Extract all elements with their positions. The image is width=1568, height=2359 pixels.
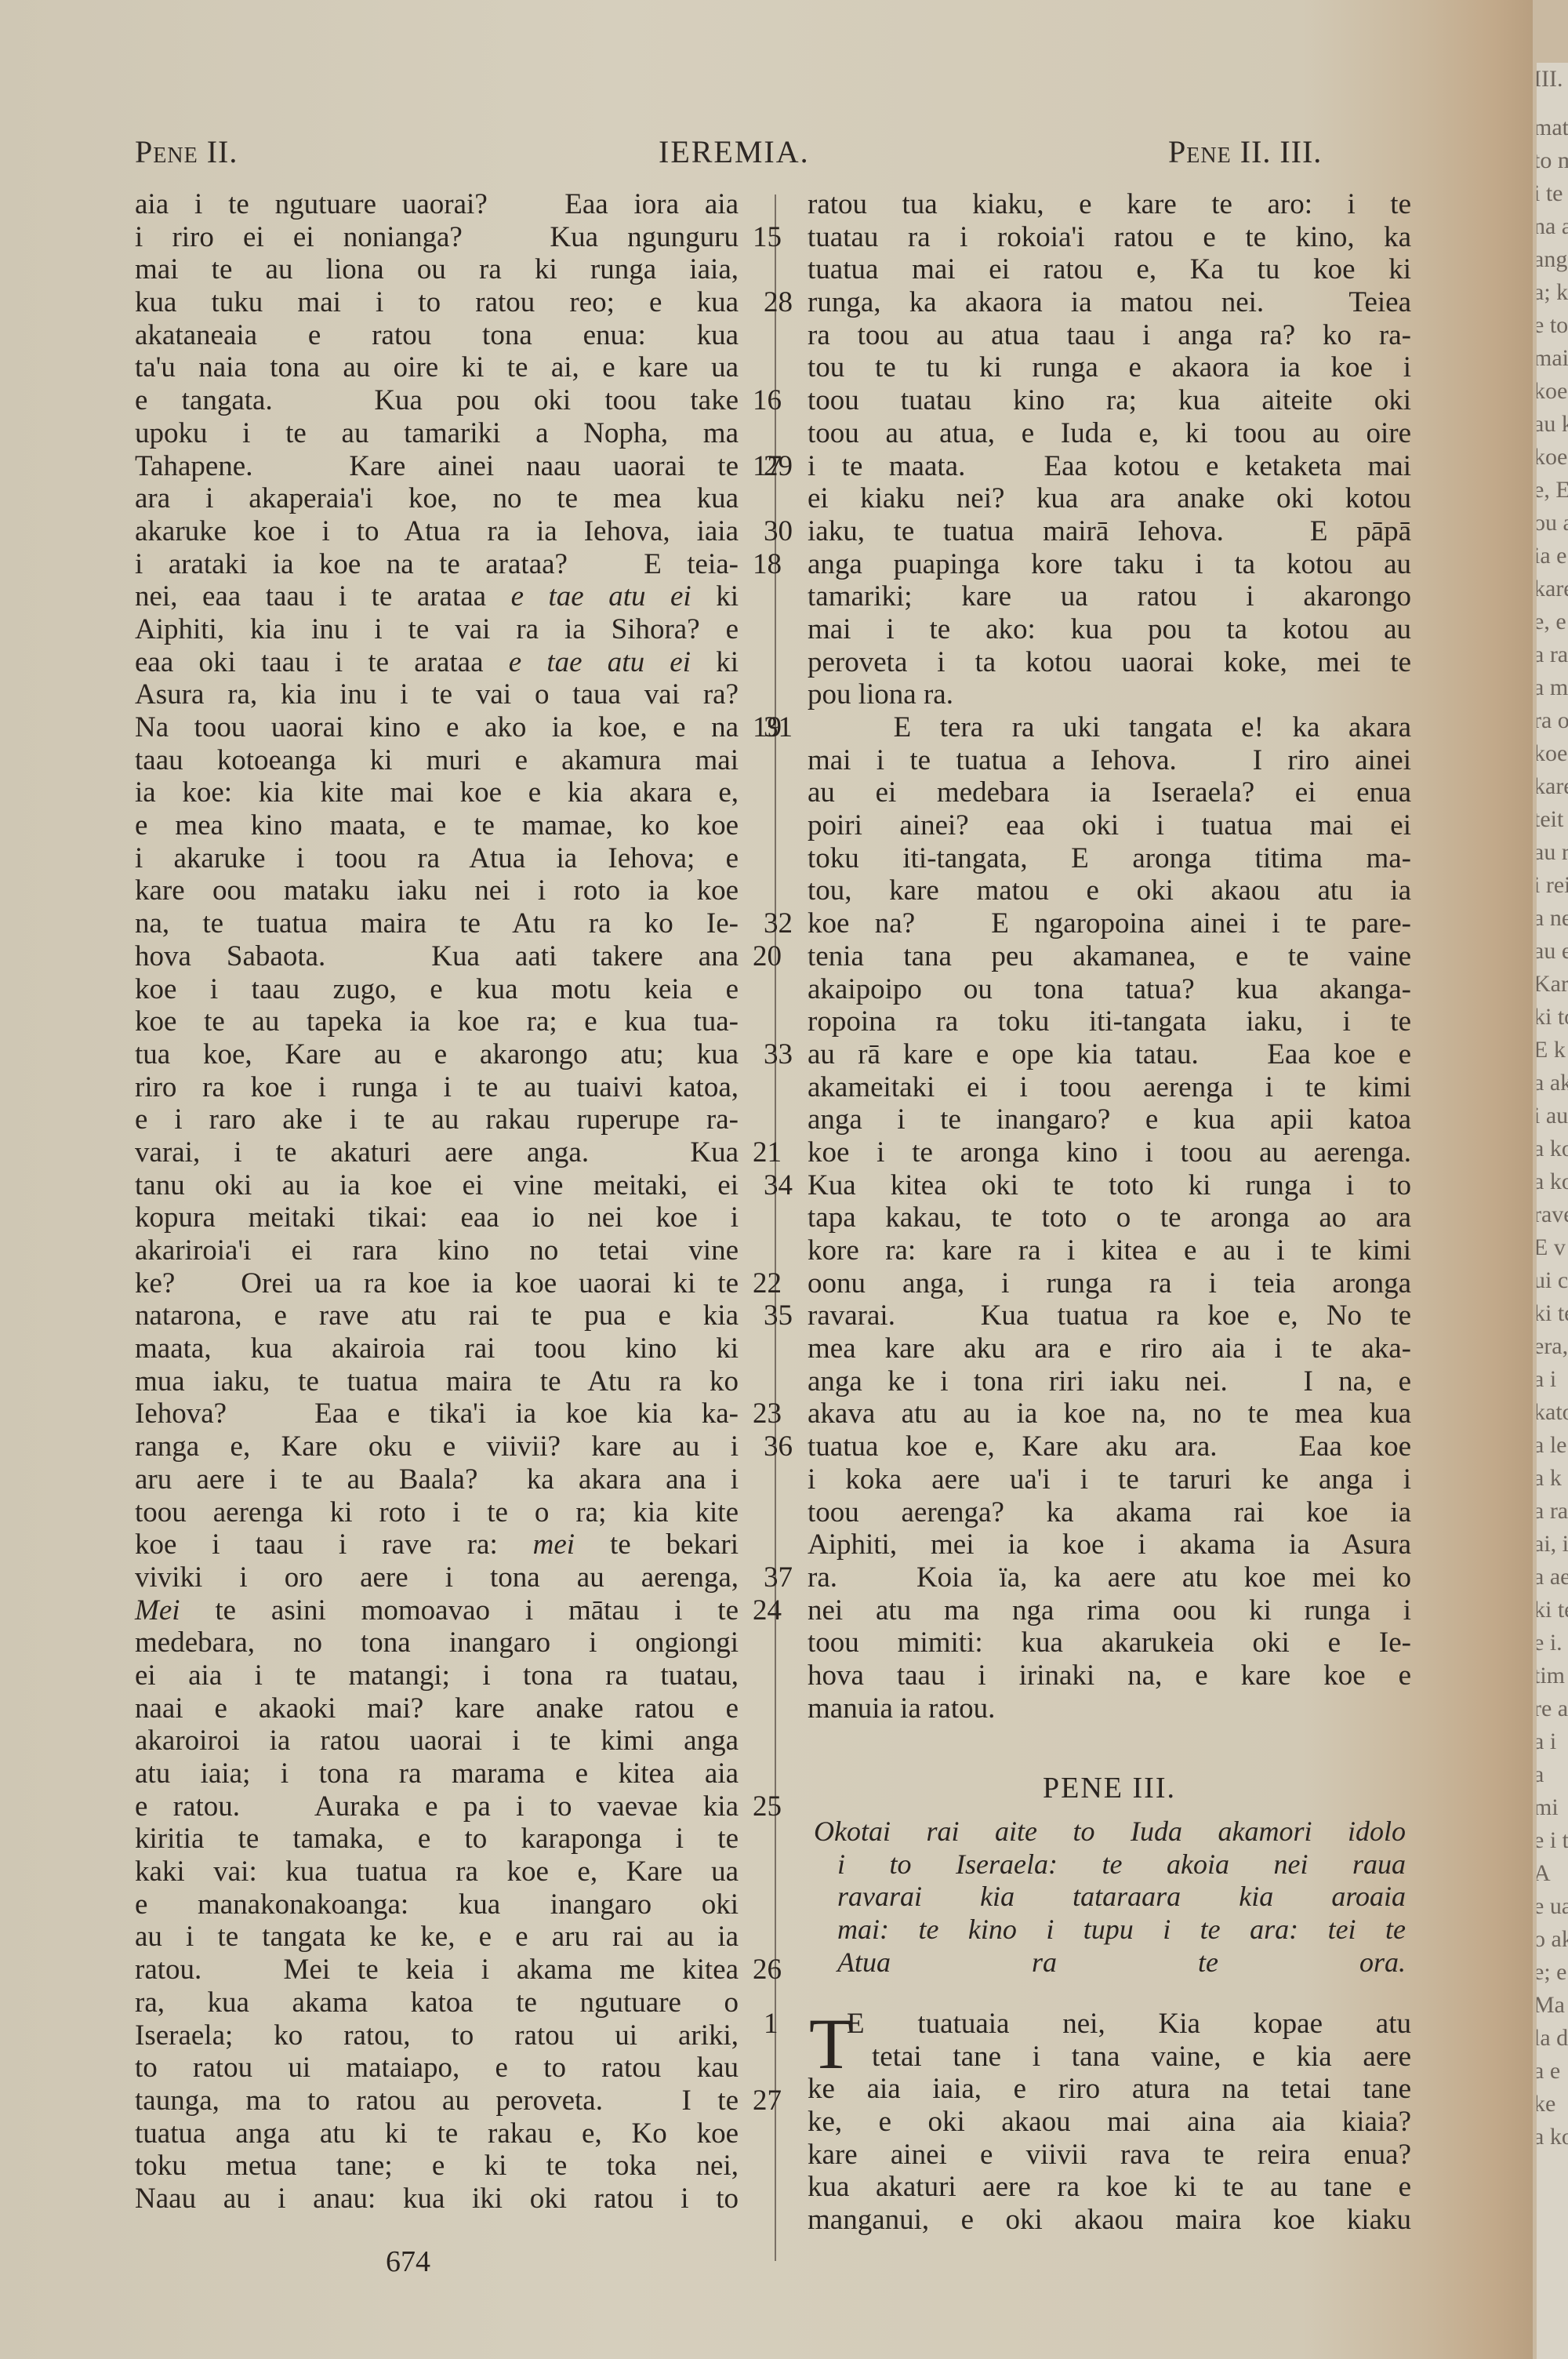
right-text-column: ratou tua kiaku, e kare te aro: i tetuat…: [808, 188, 1411, 1725]
next-page-text-fragment: e i.: [1537, 1627, 1568, 1659]
verse-number: 26: [753, 1954, 782, 1986]
text-line: i te maata. Eaa kotou e ketaketa mai29: [808, 450, 1411, 483]
running-head-right-numeral: II. III.: [1240, 134, 1323, 169]
next-page-running-head: III.: [1537, 63, 1568, 96]
next-page-text-fragment: E v: [1537, 1231, 1568, 1264]
text-line: Tahapene. Kare ainei naau uaorai te17: [135, 450, 739, 483]
text-line: koe i taau i rave ra: mei te bekari: [135, 1528, 739, 1561]
text-line: naai e akaoki mai? kare anake ratou e: [135, 1692, 739, 1725]
line-text: viviki i oro aere i tona au aerenga,: [135, 1561, 739, 1594]
text-line: Asura ra, kia inu i te vai o taua vai ra…: [135, 678, 739, 711]
line-text-post: te asini momoavao i mātau i te: [180, 1594, 739, 1627]
verse-number: 23: [753, 1398, 782, 1430]
text-line: ke aia iaia, e riro atura na tetai tane: [808, 2073, 1411, 2106]
text-line: toou tuatau kino ra; kua aiteite oki: [808, 384, 1411, 417]
line-text: mea kare aku ara e riro aia i te aka-: [808, 1332, 1411, 1365]
line-text-pre: eaa oki taau i te arataa: [135, 646, 509, 678]
line-text: ara i akaperaia'i koe, no te mea kua: [135, 482, 739, 514]
next-page-text-fragment: E k: [1537, 1034, 1568, 1067]
text-line: ravarai. Kua tuatua ra koe e, No te35: [808, 1299, 1411, 1332]
line-text: tamariki; kare ua ratou i akarongo: [808, 580, 1411, 612]
line-text: toku iti-tangata, E aronga titima ma-: [808, 842, 1411, 874]
line-text-post: ki: [691, 580, 739, 612]
line-text: tuatua mai ei ratou e, Ka tu koe ki: [808, 253, 1411, 285]
verse-number: 31: [764, 711, 793, 744]
line-text: tuatua anga atu ki te rakau e, Ko koe: [135, 2117, 739, 2150]
text-line: ia koe: kia kite mai koe e kia akara e,: [135, 776, 739, 809]
text-line: Kua kitea oki te toto ki runga i to34: [808, 1169, 1411, 1202]
text-line: tuatua koe e, Kare aku ara. Eaa koe36: [808, 1430, 1411, 1463]
text-line: koe i te aronga kino i toou au aerenga.: [808, 1136, 1411, 1169]
text-line: riro ra koe i runga i te au tuaivi katoa…: [135, 1071, 739, 1104]
line-text: tanu oki au ia koe ei vine meitaki, ei: [135, 1169, 739, 1201]
next-page-text-fragment: e ua: [1537, 1890, 1568, 1923]
text-line: taau kotoeanga ki muri e akamura mai: [135, 744, 739, 777]
text-line: ke? Orei ua ra koe ia koe uaorai ki te22: [135, 1267, 739, 1300]
column-divider-rule: [775, 194, 776, 2261]
text-line: toku iti-tangata, E aronga titima ma-: [808, 842, 1411, 875]
summary-line: i to Iseraela: te akoia nei raua: [814, 1848, 1406, 1881]
line-text: i te maata. Eaa kotou e ketaketa mai: [808, 450, 1411, 482]
next-page-text-fragment: koe me: [1537, 441, 1568, 474]
line-text: koe te au tapeka ia koe ra; e kua tua-: [135, 1005, 739, 1038]
line-text: E tera ra uki tangata e! ka akara: [808, 711, 1411, 743]
text-line: ara i akaperaia'i koe, no te mea kua: [135, 482, 739, 515]
line-text: taau kotoeanga ki muri e akamura mai: [135, 744, 739, 776]
text-line: mea kare aku ara e riro aia i te aka-: [808, 1332, 1411, 1365]
text-line: poiri ainei? eaa oki i tuatua mai ei: [808, 809, 1411, 842]
next-page-text-fragment: i te ng: [1537, 177, 1568, 210]
line-text: kiritia te tamaka, e to karaponga i te: [135, 1823, 739, 1855]
line-text: Kua kitea oki te toto ki runga i to: [808, 1169, 1411, 1201]
text-line: Na toou uaorai kino e ako ia koe, e na19: [135, 711, 739, 744]
line-text: au ei medebara ia Iseraela? ei enua: [808, 776, 1411, 809]
next-page-text-fragment: ke: [1537, 2088, 1568, 2121]
next-page-text-fragment: e, E ta: [1537, 474, 1568, 507]
line-text: i koka aere ua'i i te taruri ke anga i: [808, 1463, 1411, 1496]
text-line: anga ke i tona riri iaku nei. I na, e: [808, 1365, 1411, 1398]
line-text: varai, i te akaturi aere anga. Kua: [135, 1136, 739, 1169]
line-text: anga puapinga kore taku i ta kotou au: [808, 548, 1411, 580]
next-page-text-fragment: Ma: [1537, 1989, 1568, 2022]
next-page-text-fragment: tim: [1537, 1659, 1568, 1692]
text-line: eaa oki taau i te arataa e tae atu ei ki: [135, 646, 739, 679]
text-line: tua koe, Kare au e akarongo atu; kua: [135, 1038, 739, 1071]
line-text: hova Sabaota. Kua aati takere ana: [135, 940, 739, 972]
text-line: hova Sabaota. Kua aati takere ana20: [135, 940, 739, 973]
text-line: toou aerenga? ka akama rai koe ia: [808, 1496, 1411, 1529]
next-page-text-fragment: au ru: [1537, 836, 1568, 869]
next-page-text-fragment: au e,: [1537, 935, 1568, 968]
text-line: akataneaia e ratou tona enua: kua: [135, 319, 739, 352]
text-line: ta'u naia tona au oire ki te ai, e kare …: [135, 351, 739, 384]
verse-number: 30: [764, 515, 793, 548]
text-line: Aiphiti, kia inu i te vai ra ia Sihora? …: [135, 613, 739, 646]
line-text: koe i taau i rave ra: mei te bekari: [135, 1528, 739, 1561]
verse-number: 29: [764, 450, 793, 483]
line-text: e i raro ake i te au rakau ruperupe ra-: [135, 1103, 739, 1136]
line-text: ratou. Mei te keia i akama me kitea: [135, 1954, 739, 1986]
line-text: upoku i te au tamariki a Nopha, ma: [135, 417, 739, 449]
text-line: Naau au i anau: kua iki oki ratou i to: [135, 2183, 739, 2215]
line-text: aru aere i te au Baala? ka akara ana i: [135, 1463, 739, 1496]
line-text: ra, kua akama katoa te ngutuare o: [135, 1986, 739, 2019]
text-line: koe na? E ngaropoina ainei i te pare-32: [808, 907, 1411, 940]
text-line: akaruke koe i to Atua ra ia Iehova, iaia: [135, 515, 739, 548]
line-text: nei atu ma nga rima oou ki runga i: [808, 1594, 1411, 1627]
line-text: toou tuatau kino ra; kua aiteite oki: [808, 384, 1411, 416]
text-line: i arataki ia koe na te arataa? E teia-18: [135, 548, 739, 581]
line-text: nei, eaa taau i te arataa e tae atu ei k…: [135, 580, 739, 612]
next-page-text-fragment: a e: [1537, 2055, 1568, 2088]
text-line: mai i te ako: kua pou ta kotou au: [808, 613, 1411, 646]
text-line: mua iaku, te tuatua maira te Atu ra ko: [135, 1365, 739, 1398]
running-head-left-numeral: II.: [207, 134, 238, 169]
text-line: E tuatuaia nei, Kia kopae atu: [808, 2008, 1411, 2041]
text-line: i koka aere ua'i i te taruri ke anga i: [808, 1463, 1411, 1496]
text-line: mai i te tuatua a Iehova. I riro ainei: [808, 744, 1411, 777]
text-line: iaku, te tuatua mairā Iehova. E pāpā30: [808, 515, 1411, 548]
next-page-text-fragment: e, e k: [1537, 605, 1568, 638]
line-text-pre: koe i taau i rave ra:: [135, 1528, 533, 1561]
verse-number: 18: [753, 548, 782, 581]
line-text: mua iaku, te tuatua maira te Atu ra ko: [135, 1365, 739, 1398]
text-line: oonu anga, i runga ra i teia aronga: [808, 1267, 1411, 1300]
line-text: tou, kare matou e oki akaou atu ia: [808, 874, 1411, 907]
line-text: ravarai. Kua tuatua ra koe e, No te: [808, 1299, 1411, 1332]
text-line: Iehova? Eaa e tika'i ia koe kia ka-23: [135, 1398, 739, 1430]
next-page-text-fragment: matua: [1537, 111, 1568, 144]
verse-number: 33: [764, 1038, 793, 1071]
line-text: au rā kare e ope kia tatau. Eaa koe e: [808, 1038, 1411, 1070]
next-page-text-fragment: re a: [1537, 1692, 1568, 1725]
next-page-text-fragment: e to: [1537, 309, 1568, 342]
line-text: iaku, te tuatua mairā Iehova. E pāpā: [808, 515, 1411, 547]
line-text: Naau au i anau: kua iki oki ratou i to: [135, 2183, 739, 2215]
next-page-text-fragment: a ko: [1537, 1165, 1568, 1198]
text-line: aia i te ngutuare uaorai? Eaa iora aia: [135, 188, 739, 221]
next-page-text-fragment: ai, i: [1537, 1528, 1568, 1561]
running-head-left-word: Pene: [135, 134, 198, 169]
next-page-text-fragment: a ae: [1537, 1561, 1568, 1594]
text-line: Aiphiti, mei ia koe i akama ia Asura: [808, 1528, 1411, 1561]
line-text: taunga, ma to ratou au peroveta. I te: [135, 2085, 739, 2117]
next-page-text-fragment: a k: [1537, 1462, 1568, 1495]
text-line: kore ra: kare ra i kitea e au i te kimi: [808, 1234, 1411, 1267]
line-text: tuatua koe e, Kare aku ara. Eaa koe: [808, 1430, 1411, 1463]
line-text: akaruke koe i to Atua ra ia Iehova, iaia: [135, 515, 739, 547]
line-text: kua tuku mai i to ratou reo; e kua: [135, 286, 739, 318]
text-line: ratou. Mei te keia i akama me kitea26: [135, 1954, 739, 1986]
next-page-text-fragment: a ko: [1537, 2121, 1568, 2154]
text-line: peroveta i ta kotou uaorai koke, mei te: [808, 646, 1411, 679]
line-text: ta'u naia tona au oire ki te ai, e kare …: [135, 351, 739, 383]
text-line: i akaruke i toou ra Atua ia Iehova; e: [135, 842, 739, 875]
line-text: ranga e, Kare oku e viivii? kare au i: [135, 1430, 739, 1463]
text-line: tanu oki au ia koe ei vine meitaki, ei: [135, 1169, 739, 1202]
next-page-text-fragment: e i t: [1537, 1824, 1568, 1857]
verse-number: 16: [753, 384, 782, 417]
line-text: akava atu au ia koe na, no te mea kua: [808, 1398, 1411, 1430]
next-page-text-fragment: Kare: [1537, 968, 1568, 1001]
line-text: tenia tana peu akamanea, e te vaine: [808, 940, 1411, 972]
text-line: viviki i oro aere i tona au aerenga,: [135, 1561, 739, 1594]
text-line: upoku i te au tamariki a Nopha, ma: [135, 417, 739, 450]
next-page-text-fragment: i au i: [1537, 1100, 1568, 1132]
text-line: akariroia'i ei rara kino no tetai vine: [135, 1234, 739, 1267]
text-line: toou mimiti: kua akarukeia oki e Ie-: [808, 1627, 1411, 1659]
verse-number: 24: [753, 1594, 782, 1627]
verse-number: 37: [764, 1561, 793, 1594]
line-text: akaipoipo ou tona tatua? kua akanga-: [808, 973, 1411, 1005]
text-line: nei atu ma nga rima oou ki runga i: [808, 1594, 1411, 1627]
line-text: Tahapene. Kare ainei naau uaorai te: [135, 450, 739, 482]
text-line: varai, i te akaturi aere anga. Kua21: [135, 1136, 739, 1169]
text-line: kua akaturi aere ra koe ki te au tane e: [808, 2171, 1411, 2204]
line-text-post: ki: [691, 646, 739, 678]
text-line: tuatua mai ei ratou e, Ka tu koe ki: [808, 253, 1411, 286]
text-line: anga puapinga kore taku i ta kotou au: [808, 548, 1411, 581]
line-text: toou aerenga ki roto i te o ra; kia kite: [135, 1496, 739, 1528]
text-line: toou aerenga ki roto i te o ra; kia kite: [135, 1496, 739, 1529]
text-line: na, te tuatua maira te Atu ra ko Ie-: [135, 907, 739, 940]
text-line: atu iaia; i tona ra marama e kitea aia: [135, 1757, 739, 1790]
text-line: tetai tane i tana vaine, e kia aere: [808, 2041, 1411, 2074]
next-page-text-fragment: anga: [1537, 243, 1568, 276]
line-text: koe i taau zugo, e kua motu keia e: [135, 973, 739, 1005]
text-line: ra toou au atua taau i anga ra? ko ra-: [808, 319, 1411, 352]
line-text: toou mimiti: kua akarukeia oki e Ie-: [808, 1627, 1411, 1659]
line-text: akataneaia e ratou tona enua: kua: [135, 319, 739, 351]
text-line: anga i te inangaro? e kua apii katoa: [808, 1103, 1411, 1136]
verse-number: 27: [753, 2085, 782, 2117]
line-text: mai te au liona ou ra ki runga iaia,: [135, 253, 739, 285]
text-line: akameitaki ei i toou aerenga i te kimi: [808, 1071, 1411, 1104]
text-line: manganui, e oki akaou maira koe kiaku: [808, 2204, 1411, 2237]
line-text: hova taau i irinaki na, e kare koe e: [808, 1659, 1411, 1692]
line-text: pou liona ra.: [808, 678, 953, 711]
text-line: tapa kakau, te toto o te aronga ao ara: [808, 1201, 1411, 1234]
line-text-pre: nei, eaa taau i te arataa: [135, 580, 511, 612]
text-line: E tera ra uki tangata e! ka akara31: [808, 711, 1411, 744]
next-page-text-fragment: au ko: [1537, 408, 1568, 441]
line-text: Na toou uaorai kino e ako ia koe, e na: [135, 711, 739, 743]
next-page-text-fragment: na ana: [1537, 210, 1568, 243]
italic-supplied-words: Mei: [135, 1594, 180, 1627]
line-text: e ratou. Auraka e pa i to vaevae kia: [135, 1790, 739, 1823]
verse-number: 22: [753, 1267, 782, 1300]
text-line: ei kiaku nei? kua ara anake oki kotou: [808, 482, 1411, 515]
next-page-text-fragment: a ra: [1537, 1495, 1568, 1528]
next-page-text-fragment: kare: [1537, 572, 1568, 605]
text-line: akava atu au ia koe na, no te mea kua: [808, 1398, 1411, 1430]
text-line: Iseraela; ko ratou, to ratou ui ariki,: [135, 2019, 739, 2052]
line-text: tou te tu ki runga e akaora ia koe i: [808, 351, 1411, 383]
next-page-text-fragment: a i: [1537, 1363, 1568, 1396]
text-line: tou te tu ki runga e akaora ia koe i: [808, 351, 1411, 384]
line-text: e mea kino maata, e te mamae, ko koe: [135, 809, 739, 841]
verse-number: 1: [764, 2008, 779, 2041]
next-page-text-fragment: a le: [1537, 1429, 1568, 1462]
line-text: riro ra koe i runga i te au tuaivi katoa…: [135, 1071, 739, 1103]
italic-supplied-words: e tae atu ei: [509, 646, 691, 678]
line-text-post: te bekari: [575, 1528, 739, 1561]
text-line: kiritia te tamaka, e to karaponga i te: [135, 1823, 739, 1856]
line-text: ra. Koia ïa, ka aere atu koe mei ko: [808, 1561, 1411, 1594]
text-line: koe te au tapeka ia koe ra; e kua tua-: [135, 1005, 739, 1038]
chapter-summary: Okotai rai aite to Iuda akamori idoloi t…: [814, 1816, 1406, 1979]
next-page-text-fragment: a rave: [1537, 638, 1568, 671]
left-text-column: aia i te ngutuare uaorai? Eaa iora aiai …: [135, 188, 739, 2215]
line-text: mai i te tuatua a Iehova. I riro ainei: [808, 744, 1411, 776]
text-line: pou liona ra.: [808, 678, 1411, 711]
line-text: atu iaia; i tona ra marama e kitea aia: [135, 1757, 739, 1790]
line-text: maata, kua akairoia rai toou kino ki: [135, 1332, 739, 1365]
text-line: i riro ei ei nonianga? Kua ngunguru15: [135, 221, 739, 254]
next-page-text-fragment: a matu: [1537, 671, 1568, 704]
line-text: kore ra: kare ra i kitea e au i te kimi: [808, 1234, 1411, 1267]
next-page-text-fragment: a kop: [1537, 1132, 1568, 1165]
next-page-text-fragment: mai, e: [1537, 342, 1568, 375]
summary-line: Atua ra te ora.: [814, 1946, 1406, 1979]
italic-supplied-words: e tae atu ei: [511, 580, 691, 612]
line-text: kopura meitaki tikai: eaa io nei koe i: [135, 1201, 739, 1234]
text-line: manuia ia ratou.: [808, 1692, 1411, 1725]
summary-line: ravarai kia tataraara kia aroaia: [814, 1881, 1406, 1914]
next-page-text-fragment: i reira: [1537, 869, 1568, 902]
next-page-text-fragment: teit: [1537, 803, 1568, 836]
line-text: to ratou ui mataiapo, e to ratou kau: [135, 2052, 739, 2084]
verse-number: 35: [764, 1299, 793, 1332]
text-line: to ratou ui mataiapo, e to ratou kau: [135, 2052, 739, 2085]
line-text: aia i te ngutuare uaorai? Eaa iora aia: [135, 188, 739, 220]
text-line: mai te au liona ou ra ki runga iaia,: [135, 253, 739, 286]
line-text: anga i te inangaro? e kua apii katoa: [808, 1103, 1411, 1136]
text-line: ra. Koia ïa, ka aere atu koe mei ko37: [808, 1561, 1411, 1594]
text-line: e tangata. Kua pou oki toou take16: [135, 384, 739, 417]
line-text: eaa oki taau i te arataa e tae atu ei ki: [135, 646, 739, 678]
text-line: koe i taau zugo, e kua motu keia e: [135, 973, 739, 1006]
next-page-text-fragment: A: [1537, 1857, 1568, 1890]
verse-number: 36: [764, 1430, 793, 1463]
line-text: ei kiaku nei? kua ara anake oki kotou: [808, 482, 1411, 514]
verse-number: 32: [764, 907, 793, 940]
text-line: au ei medebara ia Iseraela? ei enua: [808, 776, 1411, 809]
text-line: kaki vai: kua tuatua ra koe e, Kare ua: [135, 1856, 739, 1888]
verse-number: 34: [764, 1169, 793, 1202]
line-text: oonu anga, i runga ra i teia aronga: [808, 1267, 1411, 1299]
next-page-text-fragment: era,: [1537, 1330, 1568, 1363]
next-page-text-fragment: a nei: [1537, 902, 1568, 935]
running-head-book-title: IEREMIA.: [659, 133, 810, 173]
text-line: e manakonakoanga: kua inangaro oki: [135, 1888, 739, 1921]
text-line: ropoina ra toku iti-tangata iaku, i te: [808, 1005, 1411, 1038]
text-line: toou au atua, e Iuda e, ki toou au oire: [808, 417, 1411, 450]
line-text: ei aia i te matangi; i tona ra tuatau,: [135, 1659, 739, 1692]
text-line: au i te tangata ke ke, e e aru rai au ia: [135, 1921, 739, 1954]
line-text: ratou tua kiaku, e kare te aro: i te: [808, 188, 1411, 220]
next-page-text-fragment: katoa: [1537, 1396, 1568, 1429]
next-page-text-fragment: rave: [1537, 1198, 1568, 1231]
text-line: kare ainei e viivii rava te reira enua?: [808, 2139, 1411, 2172]
page-number: 674: [386, 2245, 430, 2279]
next-page-text-fragment: to mat: [1537, 144, 1568, 177]
text-line: kua tuku mai i to ratou reo; e kua: [135, 286, 739, 319]
line-text: toou au atua, e Iuda e, ki toou au oire: [808, 417, 1411, 449]
next-page-text-fragment: mi: [1537, 1791, 1568, 1824]
text-line: tou, kare matou e oki akaou atu ia: [808, 874, 1411, 907]
next-page-text-fragment: a i: [1537, 1725, 1568, 1758]
line-text: e manakonakoanga: kua inangaro oki: [135, 1888, 739, 1921]
text-line: e i raro ake i te au rakau ruperupe ra-: [135, 1103, 739, 1136]
text-line: au rā kare e ope kia tatau. Eaa koe e33: [808, 1038, 1411, 1071]
line-text: Mei te asini momoavao i mātau i te: [135, 1594, 739, 1627]
text-line: akaipoipo ou tona tatua? kua akanga-: [808, 973, 1411, 1006]
line-text: kare oou mataku iaku nei i roto ia koe: [135, 874, 739, 907]
line-text: Iehova? Eaa e tika'i ia koe kia ka-: [135, 1398, 739, 1430]
chapter-three-text: 1 T E tuatuaia nei, Kia kopae atutetai t…: [808, 2008, 1411, 2237]
next-page-text-fragment: ra o: [1537, 704, 1568, 737]
text-line: maata, kua akairoia rai toou kino ki: [135, 1332, 739, 1365]
verse-number: 28: [764, 286, 793, 319]
summary-line: mai: te kino i tupu i te ara: tei te: [814, 1914, 1406, 1946]
text-line: runga, ka akaora ia matou nei. Teiea28: [808, 286, 1411, 319]
text-line: tenia tana peu akamanea, e te vaine: [808, 940, 1411, 973]
line-text: peroveta i ta kotou uaorai koke, mei te: [808, 646, 1411, 678]
line-text: na, te tuatua maira te Atu ra ko Ie-: [135, 907, 739, 940]
text-line: nei, eaa taau i te arataa e tae atu ei k…: [135, 580, 739, 613]
running-head-right-word: Pene: [1168, 134, 1232, 169]
text-line: e ratou. Auraka e pa i to vaevae kia25: [135, 1790, 739, 1823]
text-line: tuatau ra i rokoia'i ratou e te kino, ka: [808, 221, 1411, 254]
line-text: koe i te aronga kino i toou au aerenga.: [808, 1136, 1411, 1169]
line-text: Aiphiti, mei ia koe i akama ia Asura: [808, 1528, 1411, 1561]
line-text: poiri ainei? eaa oki i tuatua mai ei: [808, 809, 1411, 841]
next-page-text-fragment: e; e: [1537, 1956, 1568, 1989]
text-line: kopura meitaki tikai: eaa io nei koe i: [135, 1201, 739, 1234]
line-text: ia koe: kia kite mai koe e kia akara e,: [135, 776, 739, 809]
text-line: aru aere i te au Baala? ka akara ana i: [135, 1463, 739, 1496]
next-page-text-fragment: ki te: [1537, 1297, 1568, 1330]
verse-number: 15: [753, 221, 782, 254]
next-page-text-fragment: ou a: [1537, 507, 1568, 540]
line-text: kaki vai: kua tuatua ra koe e, Kare ua: [135, 1856, 739, 1888]
next-page-edge: III.matuato mati te ngna anaangaa; kuae …: [1537, 63, 1568, 2359]
line-text: tuatau ra i rokoia'i ratou e te kino, ka: [808, 221, 1411, 253]
line-text: akaroiroi ia ratou uaorai i te kimi anga: [135, 1725, 739, 1757]
line-text: toou aerenga? ka akama rai koe ia: [808, 1496, 1411, 1528]
line-text: akariroia'i ei rara kino no tetai vine: [135, 1234, 739, 1267]
line-text: medebara, no tona inangaro i ongiongi: [135, 1627, 739, 1659]
next-page-text-fragment: a ak: [1537, 1067, 1568, 1100]
line-text: e tangata. Kua pou oki toou take: [135, 384, 739, 416]
italic-supplied-words: mei: [533, 1528, 575, 1561]
text-line: medebara, no tona inangaro i ongiongi: [135, 1627, 739, 1659]
text-line: ei aia i te matangi; i tona ra tuatau,: [135, 1659, 739, 1692]
line-text: i akaruke i toou ra Atua ia Iehova; e: [135, 842, 739, 874]
next-page-text-fragment: la d: [1537, 2022, 1568, 2055]
line-text: Asura ra, kia inu i te vai o taua vai ra…: [135, 678, 739, 711]
line-text: Iseraela; ko ratou, to ratou ui ariki,: [135, 2019, 739, 2052]
next-page-text-fragment: a: [1537, 1758, 1568, 1791]
text-line: natarona, e rave atu rai te pua e kia: [135, 1299, 739, 1332]
line-text: ke? Orei ua ra koe ia koe uaorai ki te: [135, 1267, 739, 1299]
line-text: anga ke i tona riri iaku nei. I na, e: [808, 1365, 1411, 1398]
line-text: ra toou au atua taau i anga ra? ko ra-: [808, 319, 1411, 351]
verse-number: 20: [753, 940, 782, 973]
text-line: ratou tua kiaku, e kare te aro: i te: [808, 188, 1411, 221]
next-page-text-fragment: a; kua: [1537, 276, 1568, 309]
